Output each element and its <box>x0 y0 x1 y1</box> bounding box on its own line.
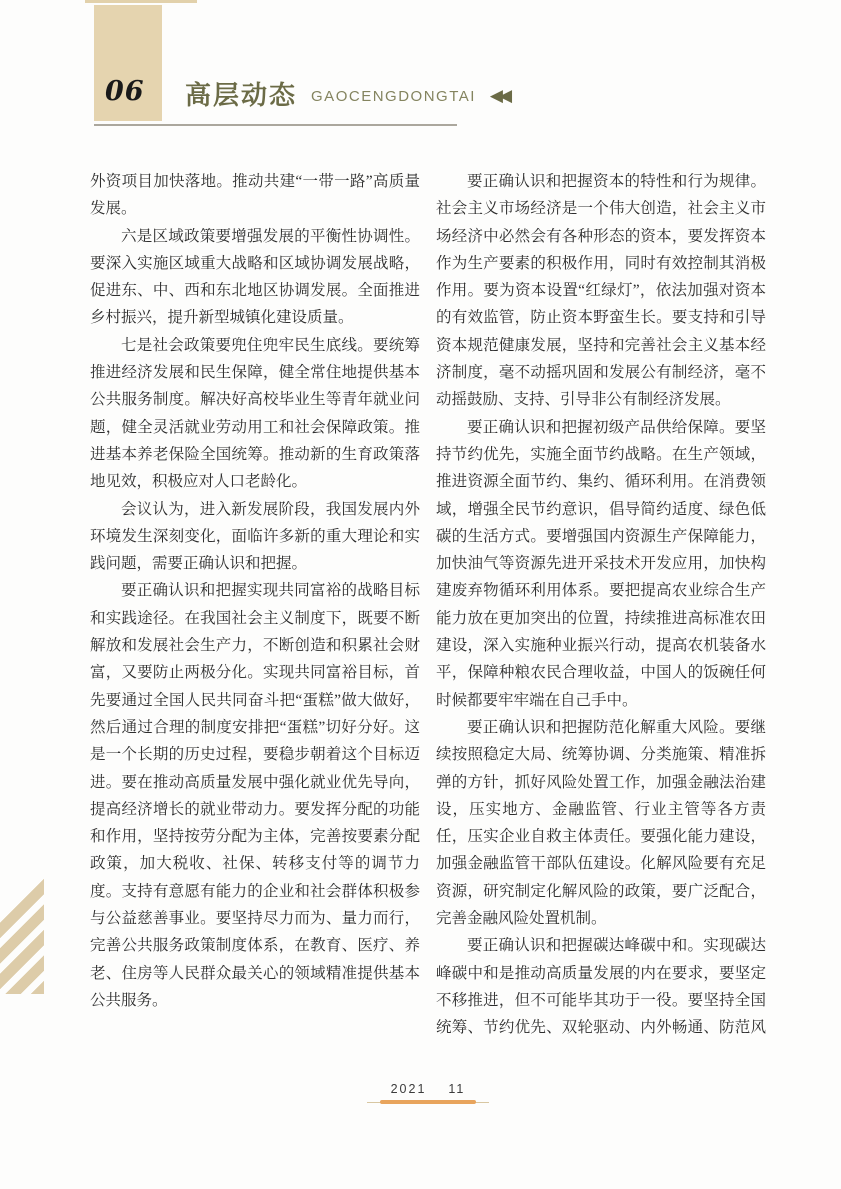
footer-issue-info: 2021 11 <box>360 1082 496 1096</box>
page-number: 06 <box>105 76 145 107</box>
magazine-page: 06 高层动态 GAOCENGDONGTAI ◀◀ 外资项目加快落地。推动共建“… <box>0 0 841 1189</box>
section-header: 高层动态 GAOCENGDONGTAI ◀◀ <box>185 76 508 110</box>
paragraph: 要正确认识和把握初级产品供给保障。要坚持节约优先，实施全面节约战略。在生产领域，… <box>436 414 766 714</box>
page-number-block: 06 <box>94 5 162 121</box>
diagonal-stripes-decoration <box>0 872 44 994</box>
article-body: 外资项目加快落地。推动共建“一带一路”高质量发展。 六是区域政策要增强发展的平衡… <box>90 168 766 1065</box>
section-title: 高层动态 <box>185 75 297 112</box>
paragraph: 七是社会政策要兜住兜牢民生底线。要统筹推进经济发展和民生保障，健全常住地提供基本… <box>90 332 420 496</box>
paragraph: 六是区域政策要增强发展的平衡性协调性。要深入实施区域重大战略和区域协调发展战略，… <box>90 223 420 332</box>
page-edge-strip <box>85 0 197 3</box>
footer-year: 2021 <box>391 1082 427 1096</box>
paragraph: 会议认为，进入新发展阶段，我国发展内外环境发生深刻变化，面临许多新的重大理论和实… <box>90 496 420 578</box>
paragraph: 要正确认识和把握实现共同富裕的战略目标和实践途径。在我国社会主义制度下，既要不断… <box>90 577 420 1014</box>
page-footer: 2021 11 <box>360 1082 496 1105</box>
paragraph: 外资项目加快落地。推动共建“一带一路”高质量发展。 <box>90 168 420 223</box>
header-rule <box>94 124 457 126</box>
paragraph: 要正确认识和把握防范化解重大风险。要继续按照稳定大局、统筹协调、分类施策、精准拆… <box>436 714 766 932</box>
double-left-arrow-icon: ◀◀ <box>490 81 508 106</box>
footer-rule <box>367 1100 489 1105</box>
footer-orange-bar <box>380 1100 476 1104</box>
section-subtitle-pinyin: GAOCENGDONGTAI <box>311 82 476 105</box>
paragraph: 要正确认识和把握资本的特性和行为规律。社会主义市场经济是一个伟大创造，社会主义市… <box>436 168 766 414</box>
footer-issue-number: 11 <box>448 1082 465 1096</box>
